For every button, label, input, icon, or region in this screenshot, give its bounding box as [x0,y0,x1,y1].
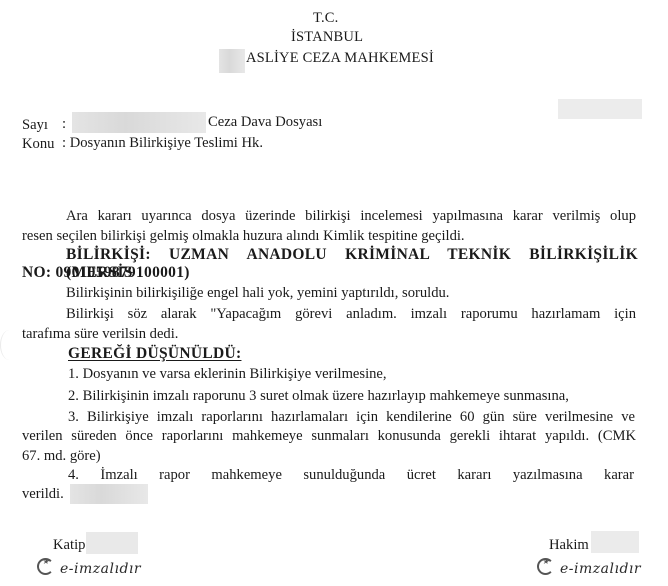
konu-value: : Dosyanın Bilirkişiye Teslimi Hk. [62,135,263,152]
para1-line2: resen seçilen bilirkişi gelmiş olmakla h… [22,228,465,245]
judge-label: Hakim [549,537,589,554]
redacted-judge-name [591,531,639,553]
redacted-clerk-name [86,532,138,554]
konu-label: Konu [22,136,54,153]
clerk-esign-text: e-imzalıdır [60,561,141,577]
header-court: ASLİYE CEZA MAHKEMESİ [246,50,434,67]
decision-item-4-line1: 4. İmzalı rapor mahkemeye sunulduğunda ü… [68,467,634,484]
sayi-colon: : [62,116,66,133]
para1-line1: Ara kararı uyarınca dosya üzerinde bilir… [66,208,636,225]
decision-item-4-line2: verildi. [22,486,64,503]
crescent-star-icon [537,558,554,575]
redacted-date [558,99,642,119]
redacted-file-number [72,112,206,133]
decision-heading: GEREĞİ DÜŞÜNÜLDÜ: [68,345,241,363]
para3-line2: tarafıma süre verilsin dedi. [22,326,178,343]
scan-smudge [0,330,19,360]
clerk-esign: e-imzalıdır [37,558,141,577]
expert-line2: NO: 0901059879100001) [22,264,190,282]
redacted-fee-text [70,484,148,504]
header-city: İSTANBUL [291,29,363,46]
decision-item-3-line1: 3. Bilirkişiye imzalı raporlarını hazırl… [68,409,635,426]
court-document-page: T.C. İSTANBUL ASLİYE CEZA MAHKEMESİ Sayı… [0,0,668,586]
header-tc: T.C. [313,10,339,27]
decision-item-3-line3: 67. md. göre) [22,448,101,465]
para3-line1: Bilirkişi söz alarak "Yapacağım görevi a… [66,306,636,323]
decision-item-2: 2. Bilirkişinin imzalı raporunu 3 suret … [68,388,569,405]
decision-item-3-line2: verilen süreden önce raporlarını mahkeme… [22,428,636,445]
judge-esign: e-imzalıdır [537,558,641,577]
judge-esign-text: e-imzalıdır [560,561,641,577]
redacted-court-number [219,49,245,73]
decision-item-1: 1. Dosyanın ve varsa eklerinin Bilirkişi… [68,366,387,383]
sayi-label: Sayı [22,117,48,134]
para2: Bilirkişinin bilirkişiliğe engel hali yo… [66,285,449,302]
clerk-label: Katip [53,537,85,554]
sayi-value: Ceza Dava Dosyası [208,114,322,131]
crescent-star-icon [37,558,54,575]
